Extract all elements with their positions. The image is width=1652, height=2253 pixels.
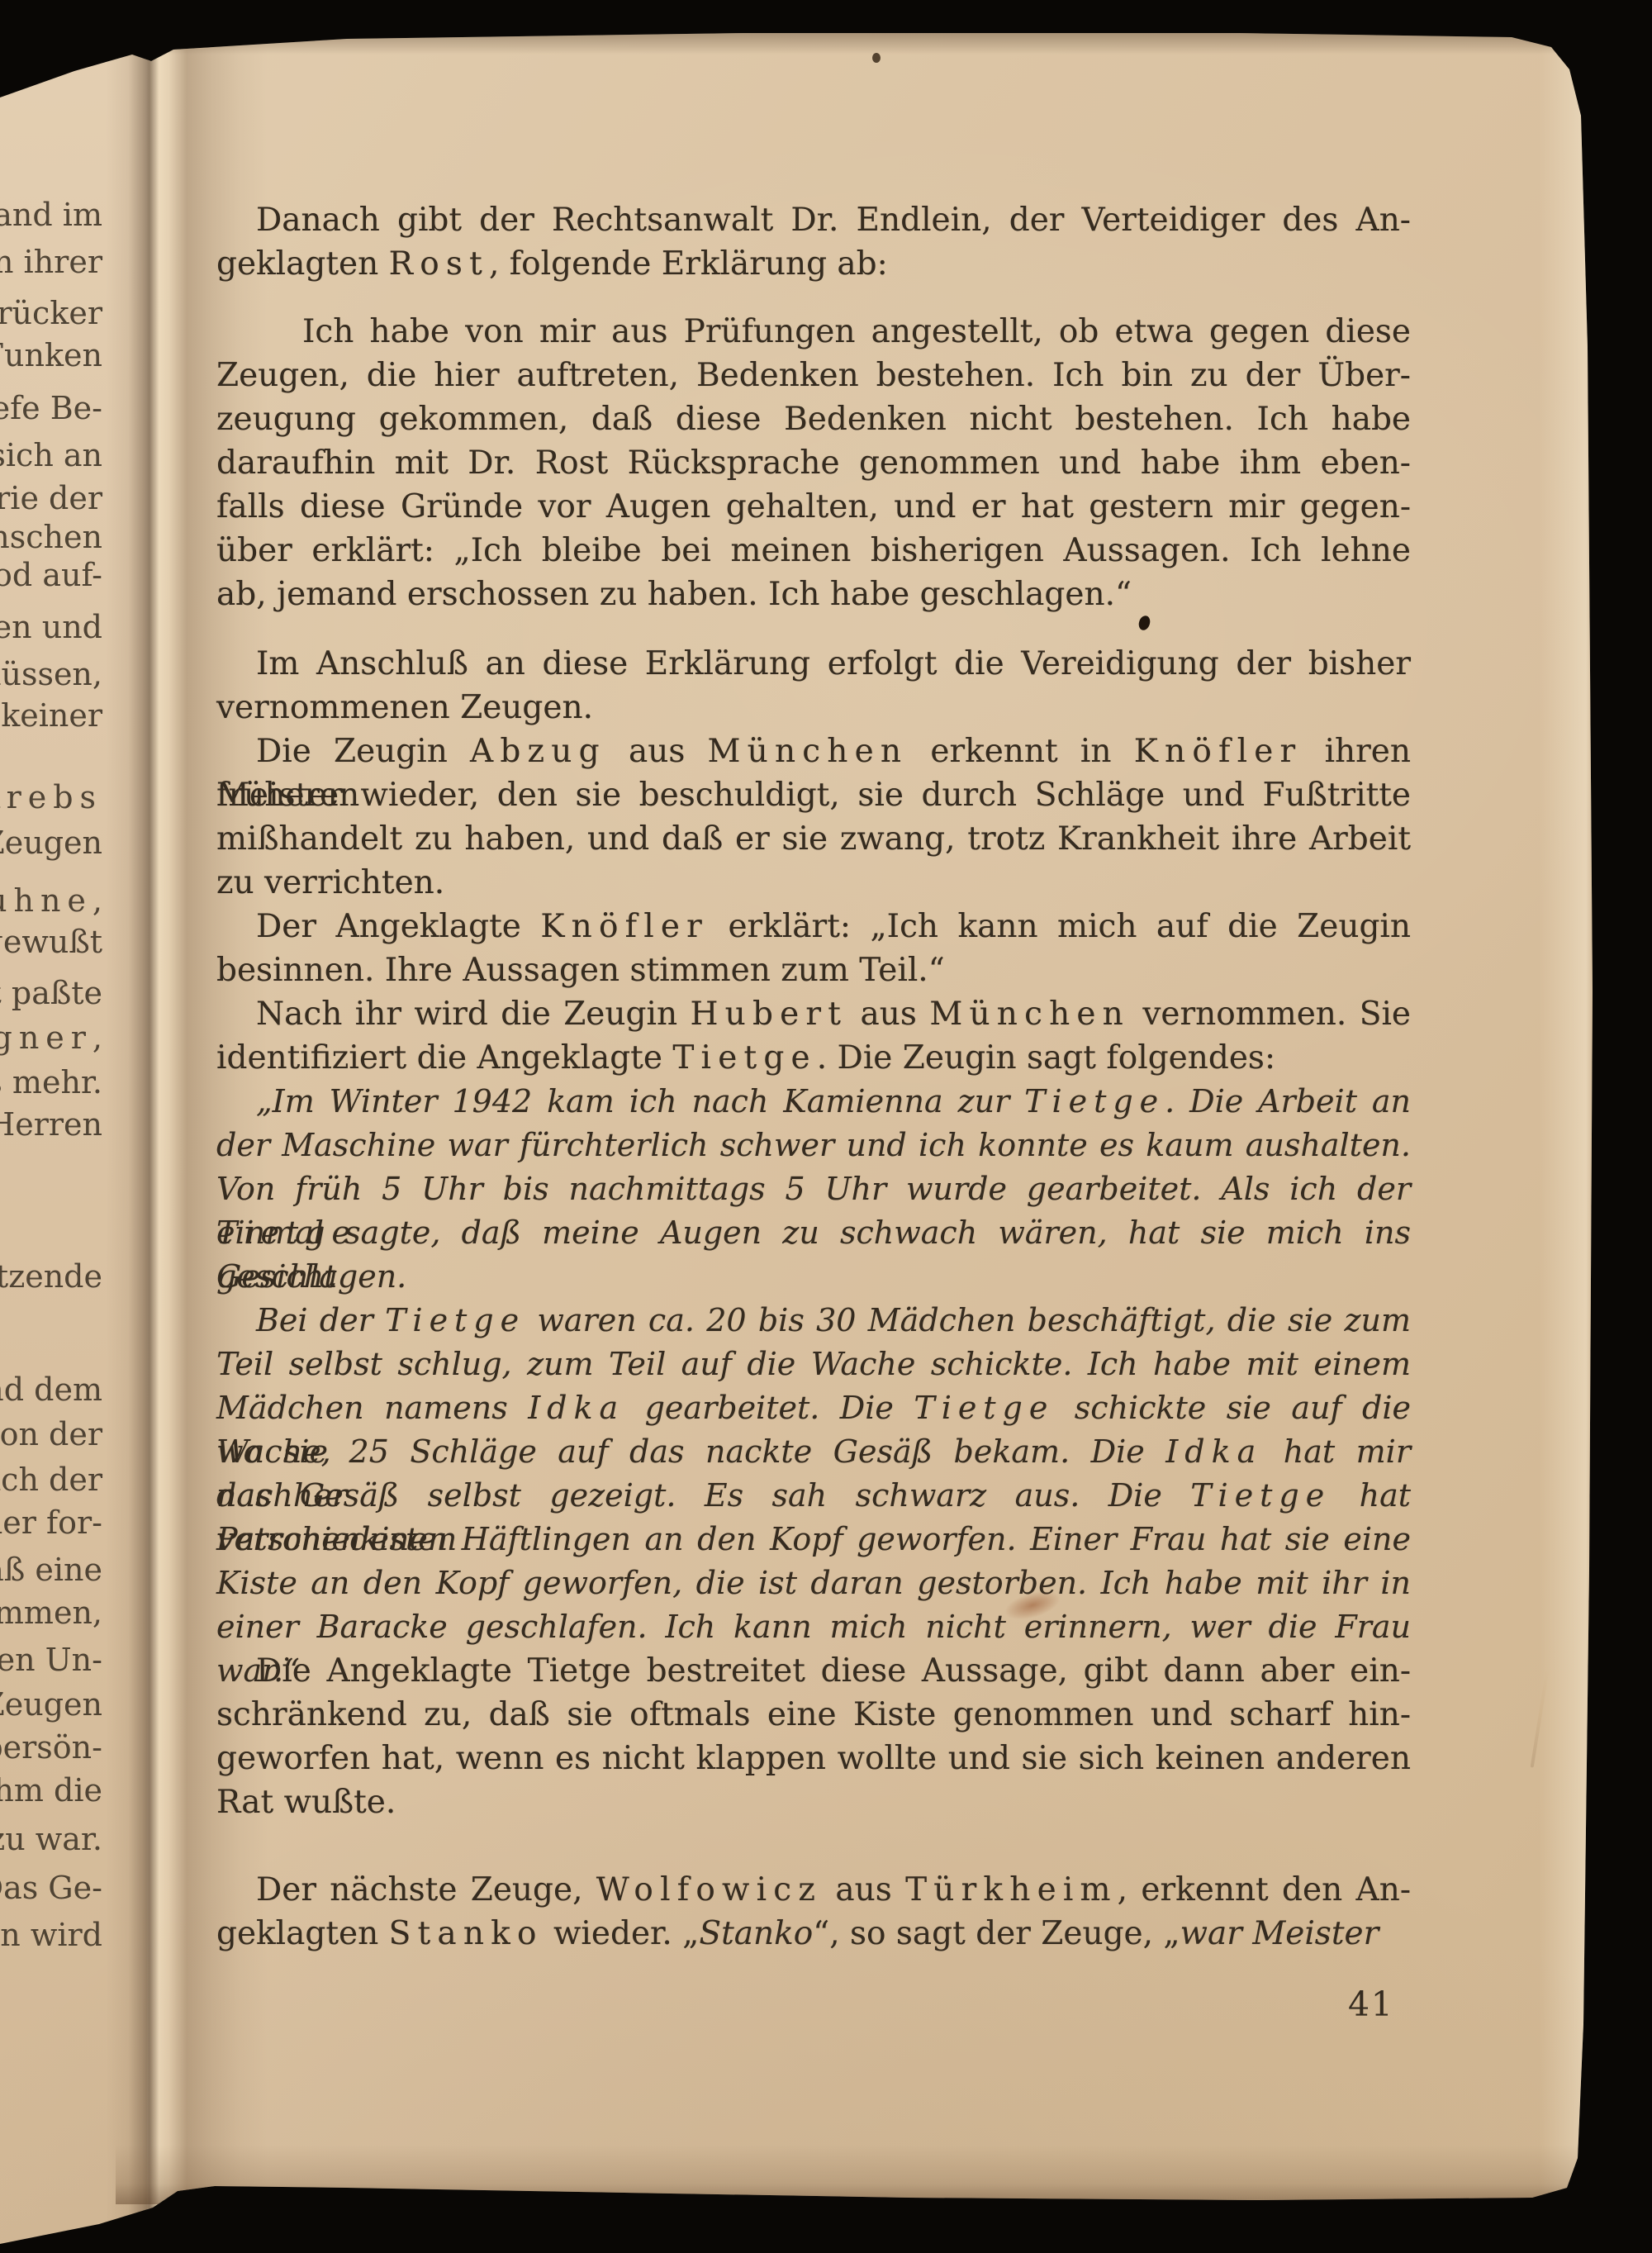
left-page-line: müssen, <box>0 657 102 692</box>
text-line: Meister wieder, den sie beschuldigt, sie… <box>216 773 1411 817</box>
text-line: geworfen hat, wenn es nicht klappen woll… <box>216 1737 1411 1780</box>
left-page-line: und dem <box>0 1372 102 1408</box>
left-page-line: tlich der <box>0 1462 102 1498</box>
paragraph: Danach gibt der Rechtsanwalt Dr. Endlein… <box>216 198 1411 286</box>
left-page-line: in ihrer <box>0 245 102 280</box>
text-line: verschiedenen Häftlingen an den Kopf gew… <box>216 1518 1411 1561</box>
left-page-line: ngen und <box>0 610 102 645</box>
text-line: über erklärt: „Ich bleibe bei meinen bis… <box>216 529 1411 573</box>
left-page-line: Vagner, <box>0 1020 102 1056</box>
paragraph: Bei der Tietge waren ca. 20 bis 30 Mädch… <box>216 1299 1411 1649</box>
left-page-line: d Krebs <box>0 780 102 815</box>
text-line: geklagten Stanko wieder. „Stanko“, so sa… <box>216 1912 1411 1956</box>
left-page-line: r persön- <box>0 1730 102 1766</box>
left-page-line: lazu war. <box>0 1822 102 1857</box>
left-page-line: Das Ge- <box>0 1870 102 1906</box>
left-page-line: chen Un- <box>0 1642 102 1678</box>
left-page-line: eorie der <box>0 481 102 516</box>
page-number: 41 <box>1348 1984 1393 2024</box>
left-page-line: Funken <box>0 338 102 373</box>
text-column: Danach gibt der Rechtsanwalt Dr. Endlein… <box>216 198 1411 1956</box>
paragraph: Der nächste Zeuge, Wolfowicz aus Türkhei… <box>216 1868 1411 1956</box>
text-line: einmal sagte, daß meine Augen zu schwach… <box>216 1211 1411 1255</box>
text-line: Danach gibt der Rechtsanwalt Dr. Endlein… <box>216 198 1411 242</box>
text-line: das Gesäß selbst gezeigt. Es sah schwarz… <box>216 1474 1411 1518</box>
left-page-line: Menschen <box>0 520 102 555</box>
text-line: Nach ihr wird die Zeugin Hubert aus Münc… <box>216 992 1411 1036</box>
text-line: vernommenen Zeugen. <box>216 686 1411 730</box>
left-page-line: tiefe Be- <box>0 391 102 426</box>
left-page-line: mand im <box>0 197 102 233</box>
left-page-line: „Herren <box>0 1107 102 1143</box>
left-page-line: hts mehr. <box>0 1065 102 1100</box>
page-bottom-shadow <box>116 2145 1652 2204</box>
text-line: daraufhin mit Dr. Rost Rücksprache genom… <box>216 441 1411 485</box>
text-line: Der nächste Zeuge, Wolfowicz aus Türkhei… <box>216 1868 1411 1912</box>
left-page-line: e Zeugen <box>0 825 102 861</box>
text-line: falls diese Gründe vor Augen gehalten, u… <box>216 485 1411 529</box>
scanned-book-page: mand imin ihreredrückerFunkentiefe Be-e … <box>0 0 1652 2253</box>
paragraph: Die Zeugin Abzug aus München erkennt in … <box>216 730 1411 905</box>
text-line: „Im Winter 1942 kam ich nach Kamienna zu… <box>216 1080 1411 1124</box>
text-line: geschlagen. <box>216 1255 1411 1299</box>
page-right-edge <box>1540 0 1604 2253</box>
text-line: Der Angeklagte Knöfler erklärt: „Ich kan… <box>216 905 1411 948</box>
paragraph: Ich habe von mir aus Prüfungen angestell… <box>216 310 1411 616</box>
left-page-line: ihm die <box>0 1773 102 1809</box>
text-line: zeugung gekommen, daß diese Bedenken nic… <box>216 397 1411 441</box>
text-line: besinnen. Ihre Aussagen stimmen zum Teil… <box>216 948 1411 992</box>
left-page-line: s gewußt <box>0 924 102 960</box>
left-page-line: n Zeugen <box>0 1687 102 1723</box>
ink-speck-mark <box>872 53 881 63</box>
book-spread: mand imin ihreredrückerFunkentiefe Be-e … <box>0 0 1652 2253</box>
left-page-line: edrücker <box>0 296 102 331</box>
text-line: Ich habe von mir aus Prüfungen angestell… <box>216 310 1411 354</box>
text-line: geklagten Rost, folgende Erklärung ab: <box>216 242 1411 286</box>
text-line: einer Baracke geschlafen. Ich kann mich … <box>216 1605 1411 1649</box>
text-line: Die Zeugin Abzug aus München erkennt in … <box>216 730 1411 773</box>
paragraph: Die Angeklagte Tietge bestreitet diese A… <box>216 1649 1411 1824</box>
left-page-line: Tod auf- <box>0 558 102 593</box>
page-top-shadow <box>0 30 1652 55</box>
text-line: Zeugen, die hier auftreten, Bedenken bes… <box>216 354 1411 397</box>
text-line: Rat wußte. <box>216 1780 1411 1824</box>
left-page-line: n von der <box>0 1417 102 1452</box>
text-line: ab, jemand erschossen zu haben. Ich habe… <box>216 573 1411 616</box>
text-line: Mädchen namens Idka gearbeitet. Die Tiet… <box>216 1386 1411 1430</box>
left-page-line: der for- <box>0 1505 102 1541</box>
paragraph: Nach ihr wird die Zeugin Hubert aus Münc… <box>216 992 1411 1080</box>
left-page-line: Kuhne, <box>0 883 102 919</box>
paragraph: Der Angeklagte Knöfler erklärt: „Ich kan… <box>216 905 1411 992</box>
text-line: Teil selbst schlug, zum Teil auf die Wac… <box>216 1343 1411 1386</box>
text-line: Die Angeklagte Tietge bestreitet diese A… <box>216 1649 1411 1693</box>
text-line: Im Anschluß an diese Erklärung erfolgt d… <box>216 642 1411 686</box>
left-page-line: gt keiner <box>0 698 102 734</box>
text-line: identifiziert die Angeklagte Tietge. Die… <box>216 1036 1411 1080</box>
left-page-line: cht paßte <box>0 976 102 1011</box>
text-line: zu verrichten. <box>216 861 1411 905</box>
left-page-line: den wird <box>0 1918 102 1953</box>
paragraph: „Im Winter 1942 kam ich nach Kamienna zu… <box>216 1080 1411 1299</box>
text-line: mißhandelt zu haben, und daß er sie zwan… <box>216 817 1411 861</box>
text-line: Bei der Tietge waren ca. 20 bis 30 Mädch… <box>216 1299 1411 1343</box>
text-line: wo sie 25 Schläge auf das nackte Gesäß b… <box>216 1430 1411 1474</box>
text-line: schränkend zu, daß sie oftmals eine Kist… <box>216 1693 1411 1737</box>
text-line: der Maschine war fürchterlich schwer und… <box>216 1124 1411 1167</box>
left-page-line: rsitzende <box>0 1259 102 1295</box>
text-line: Kiste an den Kopf geworfen, die ist dara… <box>216 1561 1411 1605</box>
paragraph: Im Anschluß an diese Erklärung erfolgt d… <box>216 642 1411 730</box>
left-page-line: daß eine <box>0 1552 102 1588</box>
left-page-line: kommen, <box>0 1595 102 1631</box>
left-page-line: e sich an <box>0 438 102 473</box>
text-line: Von früh 5 Uhr bis nachmittags 5 Uhr wur… <box>216 1167 1411 1211</box>
